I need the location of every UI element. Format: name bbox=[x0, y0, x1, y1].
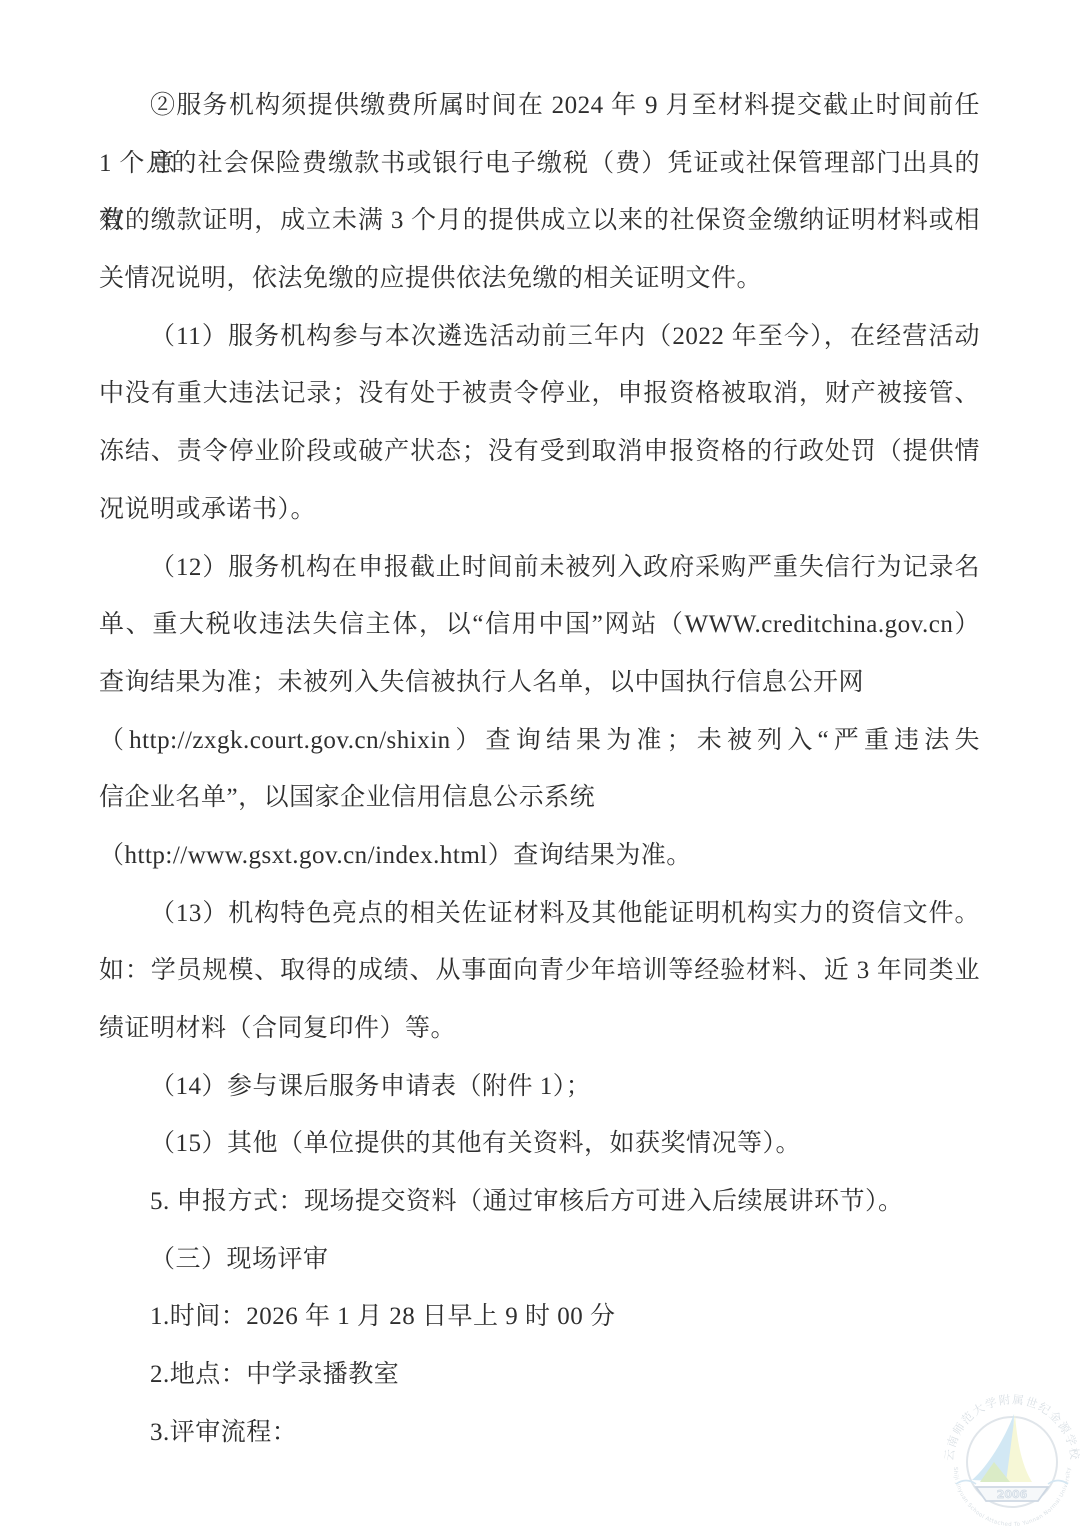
text-line: 2.地点：中学录播教室 bbox=[99, 1346, 980, 1404]
text-line: 绩证明材料（合同复印件）等。 bbox=[99, 1000, 980, 1058]
text-line: （http://www.gsxt.gov.cn/index.html）查询结果为… bbox=[99, 827, 980, 885]
text-line: （三）现场评审 bbox=[99, 1231, 980, 1289]
text-line: 况说明或承诺书）。 bbox=[99, 481, 980, 539]
text-line: （12）服务机构在申报截止时间前未被列入政府采购严重失信行为记录名 bbox=[99, 539, 980, 597]
seal-year: 2006 bbox=[997, 1488, 1028, 1501]
text-line: 效的缴款证明，成立未满 3 个月的提供成立以来的社保资金缴纳证明材料或相 bbox=[99, 192, 980, 250]
text-line: （http://zxgk.court.gov.cn/shixin）查询结果为准；… bbox=[99, 712, 980, 770]
school-name-en-arc: Shiji Jinyuan School Attached To Yunnan … bbox=[952, 1467, 1072, 1527]
text-line: （14）参与课后服务申请表（附件 1）； bbox=[99, 1058, 980, 1116]
text-line: 关情况说明，依法免缴的应提供依法免缴的相关证明文件。 bbox=[99, 250, 980, 308]
text-line: 单、重大税收违法失信主体，以“信用中国”网站（WWW.creditchina.g… bbox=[99, 596, 980, 654]
seal-ring bbox=[967, 1417, 1057, 1507]
text-line: ②服务机构须提供缴费所属时间在 2024 年 9 月至材料提交截止时间前任意 bbox=[99, 77, 980, 135]
text-line: 3.评审流程： bbox=[99, 1404, 980, 1462]
document-page: ②服务机构须提供缴费所属时间在 2024 年 9 月至材料提交截止时间前任意1 … bbox=[0, 0, 1080, 1527]
text-line: （13）机构特色亮点的相关佐证材料及其他能证明机构实力的资信文件。 bbox=[99, 885, 980, 943]
text-line: 如：学员规模、取得的成绩、从事面向青少年培训等经验材料、近 3 年同类业 bbox=[99, 942, 980, 1000]
text-line: 1.时间：2026 年 1 月 28 日早上 9 时 00 分 bbox=[99, 1288, 980, 1346]
text-line: （15）其他（单位提供的其他有关资料，如获奖情况等）。 bbox=[99, 1115, 980, 1173]
text-line: 1 个月的社会保险费缴款书或银行电子缴税（费）凭证或社保管理部门出具的有 bbox=[99, 135, 980, 193]
text-line: 中没有重大违法记录；没有处于被责令停业，申报资格被取消，财产被接管、 bbox=[99, 365, 980, 423]
document-body: ②服务机构须提供缴费所属时间在 2024 年 9 月至材料提交截止时间前任意1 … bbox=[99, 77, 980, 1462]
text-line: 查询结果为准；未被列入失信被执行人名单，以中国执行信息公开网 bbox=[99, 654, 980, 712]
text-line: （11）服务机构参与本次遴选活动前三年内（2022 年至今），在经营活动 bbox=[99, 308, 980, 366]
text-line: 冻结、责令停业阶段或破产状态；没有受到取消申报资格的行政处罚（提供情 bbox=[99, 423, 980, 481]
text-line: 5. 申报方式：现场提交资料（通过审核后方可进入后续展讲环节）。 bbox=[99, 1173, 980, 1231]
text-line: 信企业名单”，以国家企业信用信息公示系统 bbox=[99, 769, 980, 827]
